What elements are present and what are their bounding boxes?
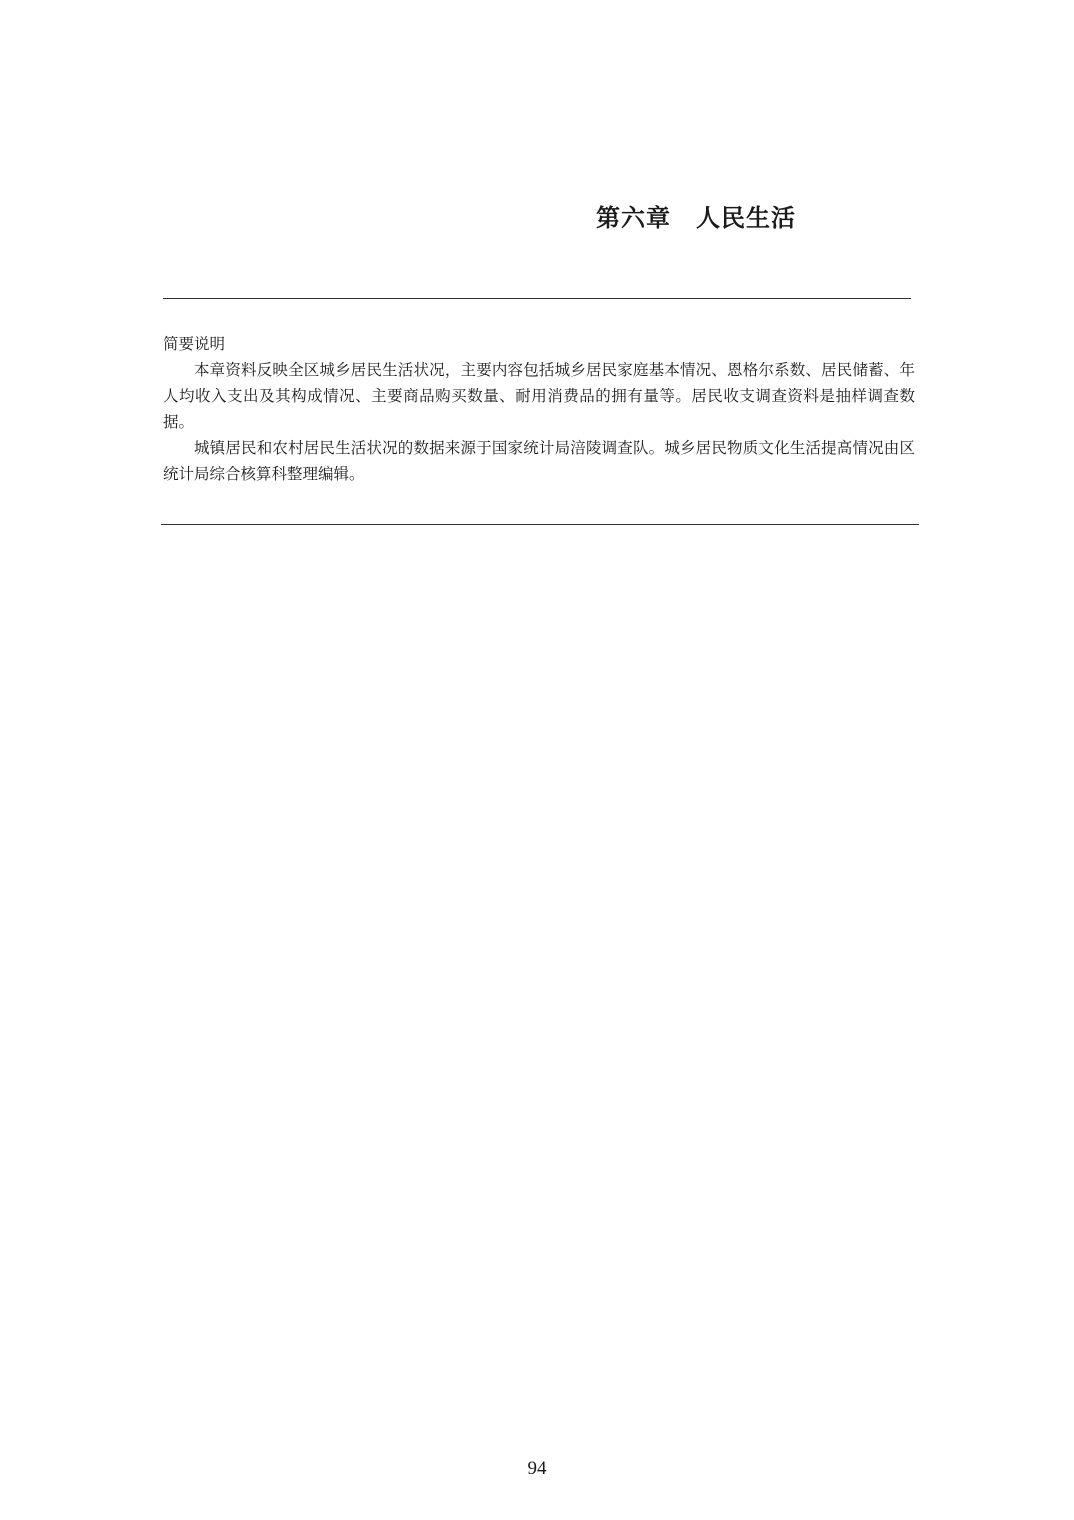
chapter-title: 第六章 人民生活 — [596, 198, 796, 233]
page-number: 94 — [0, 1458, 1074, 1480]
bottom-divider — [161, 524, 919, 525]
top-divider — [163, 298, 911, 299]
summary-paragraph: 本章资料反映全区城乡居民生活状况，主要内容包括城乡居民家庭基本情况、恩格尔系数、… — [163, 357, 915, 435]
summary-section: 简要说明 本章资料反映全区城乡居民生活状况，主要内容包括城乡居民家庭基本情况、恩… — [163, 331, 915, 487]
summary-paragraph: 城镇居民和农村居民生活状况的数据来源于国家统计局涪陵调查队。城乡居民物质文化生活… — [163, 435, 915, 487]
summary-heading: 简要说明 — [163, 331, 915, 357]
